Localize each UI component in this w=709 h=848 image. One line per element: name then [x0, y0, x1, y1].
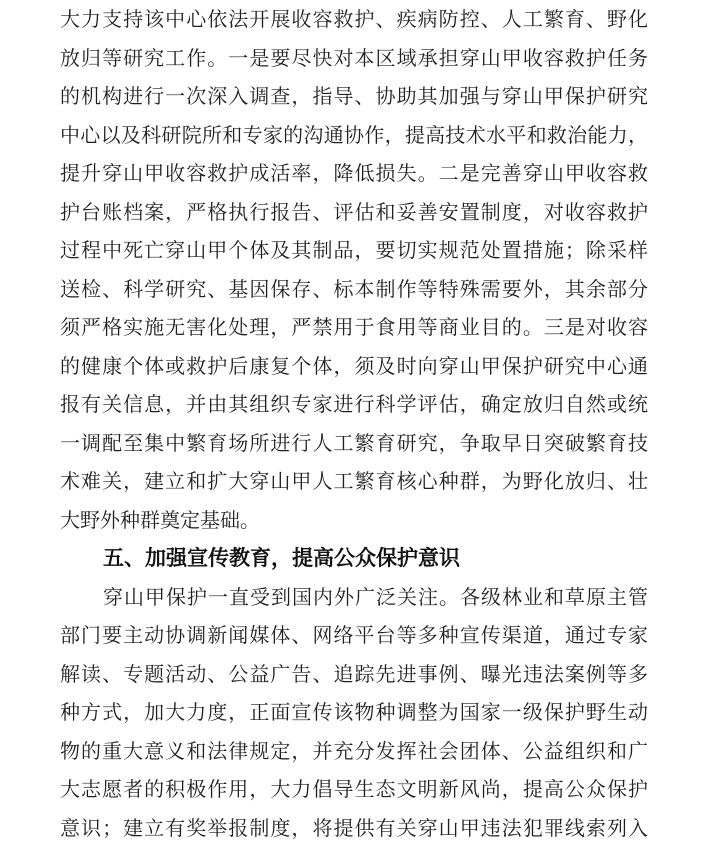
text-line: 须严格实施无害化处理，严禁用于食用等商业目的。三是对收容: [60, 309, 648, 348]
text-line: 解读、专题活动、公益广告、追踪先进事例、曝光违法案例等多: [60, 656, 648, 695]
text-line: 的机构进行一次深入调查，指导、协助其加强与穿山甲保护研究: [60, 78, 648, 117]
text-line: 术难关，建立和扩大穿山甲人工繁育核心种群，为野化放归、壮: [60, 463, 648, 502]
text-line: 放归等研究工作。一是要尽快对本区域承担穿山甲收容救护任务: [60, 40, 648, 79]
text-line: 的健康个体或救护后康复个体，须及时向穿山甲保护研究中心通: [60, 348, 648, 387]
text-line: 大志愿者的积极作用，大力倡导生态文明新风尚，提高公众保护: [60, 771, 648, 810]
text-line: 大野外种群奠定基础。: [60, 502, 648, 541]
text-line: 过程中死亡穿山甲个体及其制品，要切实规范处置措施；除采样: [60, 232, 648, 271]
text-line: 种方式，加大力度，正面宣传该物种调整为国家一级保护野生动: [60, 694, 648, 733]
text-line: 报有关信息，并由其组织专家进行科学评估，确定放归自然或统: [60, 386, 648, 425]
text-line: 物的重大意义和法律规定，并充分发挥社会团体、公益组织和广: [60, 733, 648, 772]
section-heading: 五、加强宣传教育，提高公众保护意识: [60, 540, 648, 579]
text-line: 部门要主动协调新闻媒体、网络平台等多种宣传渠道，通过专家: [60, 617, 648, 656]
text-line: 大力支持该中心依法开展收容救护、疾病防控、人工繁育、野化: [60, 1, 648, 40]
text-line: 一调配至集中繁育场所进行人工繁育研究，争取早日突破繁育技: [60, 425, 648, 464]
paragraph-body: 大力支持该中心依法开展收容救护、疾病防控、人工繁育、野化 放归等研究工作。一是要…: [60, 1, 648, 540]
text-line: 意识；建立有奖举报制度，将提供有关穿山甲违法犯罪线索列入: [60, 810, 648, 848]
document-page: 大力支持该中心依法开展收容救护、疾病防控、人工繁育、野化 放归等研究工作。一是要…: [0, 0, 709, 848]
text-line: 提升穿山甲收容救护成活率，降低损失。二是完善穿山甲收容救: [60, 155, 648, 194]
text-line: 送检、科学研究、基因保存、标本制作等特殊需要外，其余部分: [60, 271, 648, 310]
text-line: 穿山甲保护一直受到国内外广泛关注。各级林业和草原主管: [60, 579, 648, 618]
paragraph-body: 穿山甲保护一直受到国内外广泛关注。各级林业和草原主管 部门要主动协调新闻媒体、网…: [60, 579, 648, 848]
text-line: 中心以及科研院所和专家的沟通协作，提高技术水平和救治能力，: [60, 117, 648, 156]
text-line: 护台账档案，严格执行报告、评估和妥善安置制度，对收容救护: [60, 194, 648, 233]
